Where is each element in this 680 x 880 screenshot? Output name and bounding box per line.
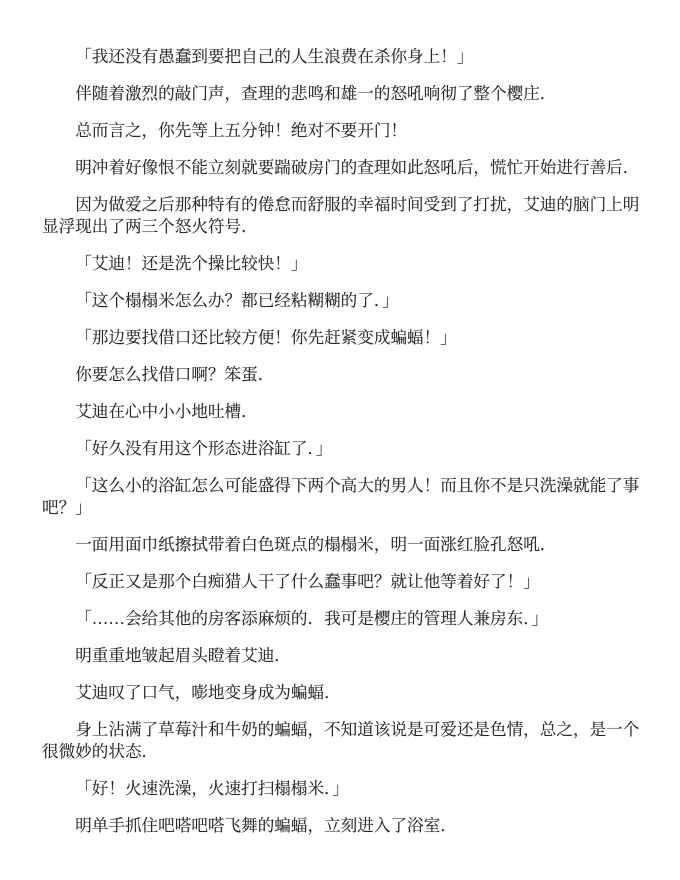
paragraph: 明重重地皱起眉头瞪着艾迪． <box>42 645 642 667</box>
paragraph: 总而言之，你先等上五分钟！绝对不要开门！ <box>42 120 642 142</box>
paragraph: 「我还没有愚蠢到要把自己的人生浪费在杀你身上！」 <box>42 46 642 68</box>
paragraph: 一面用面巾纸擦拭带着白色斑点的榻榻米，明一面涨红脸孔怒吼． <box>42 534 642 556</box>
paragraph: 艾迪叹了口气，嘭地变身成为蝙蝠． <box>42 682 642 704</box>
paragraph: 「好！火速洗澡，火速打扫榻榻米．」 <box>42 778 642 800</box>
paragraph: 「好久没有用这个形态进浴缸了．」 <box>42 438 642 460</box>
paragraph: 「艾迪！还是洗个操比较快！」 <box>42 253 642 275</box>
paragraph: 你要怎么找借口啊？笨蛋． <box>42 364 642 386</box>
paragraph: 明单手抓住吧嗒吧嗒飞舞的蝙蝠，立刻进入了浴室． <box>42 815 642 837</box>
paragraph: 「这个榻榻米怎么办？都已经粘糊糊的了．」 <box>42 290 642 312</box>
paragraph: 明冲着好像恨不能立刻就要踹破房门的查理如此怒吼后，慌忙开始进行善后． <box>42 157 642 179</box>
paragraph: 「那边要找借口还比较方便！你先赶紧变成蝙蝠！」 <box>42 327 642 349</box>
paragraph: 伴随着激烈的敲门声，查理的悲鸣和雄一的怒吼响彻了整个樱庄． <box>42 83 642 105</box>
document-page: 「我还没有愚蠢到要把自己的人生浪费在杀你身上！」 伴随着激烈的敲门声，查理的悲鸣… <box>0 0 680 880</box>
paragraph: 艾迪在心中小小地吐槽． <box>42 401 642 423</box>
paragraph: 「……会给其他的房客添麻烦的．我可是樱庄的管理人兼房东．」 <box>42 608 642 630</box>
paragraph: 「这么小的浴缸怎么可能盛得下两个高大的男人！而且你不是只洗澡就能了事吧？」 <box>42 475 642 519</box>
paragraph: 「反正又是那个白痴猎人干了什么蠢事吧？就让他等着好了！」 <box>42 571 642 593</box>
paragraph: 身上沾满了草莓汁和牛奶的蝙蝠，不知道该说是可爱还是色情，总之，是一个很微妙的状态… <box>42 719 642 763</box>
paragraph: 因为做爱之后那种特有的倦怠而舒服的幸福时间受到了打扰，艾迪的脑门上明显浮现出了两… <box>42 194 642 238</box>
